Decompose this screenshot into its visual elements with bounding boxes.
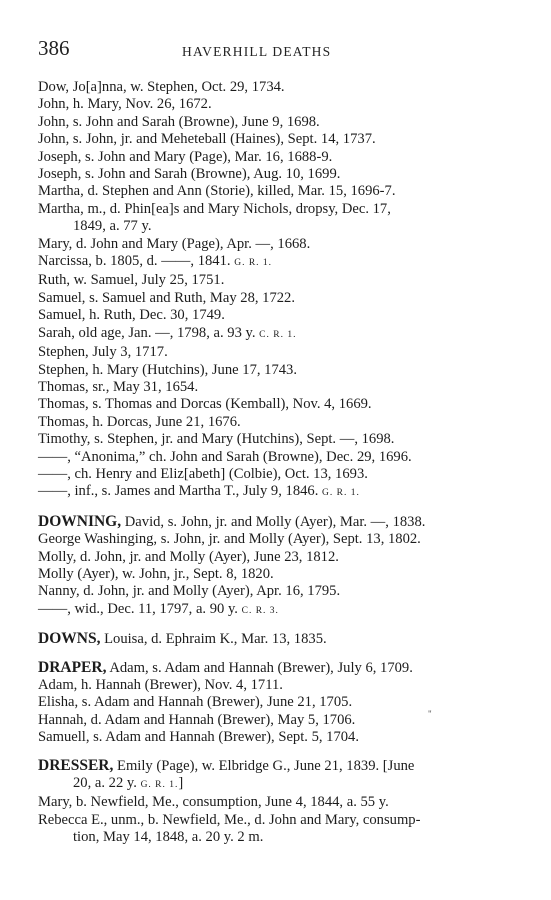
surname-heading: DOWNING, [38, 513, 121, 530]
entry: Thomas, s. Thomas and Dorcas (Kemball), … [38, 396, 518, 413]
entry: Nanny, d. John, jr. and Molly (Ayer), Ap… [38, 583, 518, 600]
entry: Timothy, s. Stephen, jr. and Mary (Hutch… [38, 431, 518, 448]
entry: Samuel, h. Ruth, Dec. 30, 1749. [38, 307, 518, 324]
entry: DOWNING, David, s. John, jr. and Molly (… [38, 513, 518, 531]
entry: Mary, d. John and Mary (Page), Apr. —, 1… [38, 236, 518, 253]
entry: Stephen, July 3, 1717. [38, 344, 518, 361]
entry: Elisha, s. Adam and Hannah (Brewer), Jun… [38, 694, 518, 711]
entry: Hannah, d. Adam and Hannah (Brewer), May… [38, 712, 518, 729]
entry: ——, wid., Dec. 11, 1797, a. 90 y. C. R. … [38, 601, 518, 620]
source-citation: G. R. 1. [322, 488, 360, 498]
entry-continuation: 1849, a. 77 y. [38, 218, 518, 235]
surname-heading: DOWNS, [38, 630, 100, 647]
section-downs: DOWNS, Louisa, d. Ephraim K., Mar. 13, 1… [38, 630, 518, 648]
source-citation: G. R. 1. [234, 258, 272, 268]
source-citation: C. R. 1. [259, 330, 296, 340]
entry: Joseph, s. John and Mary (Page), Mar. 16… [38, 149, 518, 166]
running-head: HAVERHILL DEATHS [182, 44, 331, 60]
entry: Ruth, w. Samuel, July 25, 1751. [38, 272, 518, 289]
entry: John, s. John, jr. and Meheteball (Haine… [38, 131, 518, 148]
entry: Thomas, sr., May 31, 1654. [38, 379, 518, 396]
entry: Narcissa, b. 1805, d. ——, 1841. G. R. 1. [38, 253, 518, 272]
page-number: 386 [38, 36, 70, 61]
stray-print-mark: " [428, 709, 432, 719]
entry-continuation: 20, a. 22 y. G. R. 1.] [38, 775, 518, 794]
entry: Martha, m., d. Phin[ea]s and Mary Nichol… [38, 201, 518, 236]
entry: Molly (Ayer), w. John, jr., Sept. 8, 182… [38, 566, 518, 583]
entry: Adam, h. Hannah (Brewer), Nov. 4, 1711. [38, 677, 518, 694]
section-dow: Dow, Jo[a]nna, w. Stephen, Oct. 29, 1734… [38, 79, 518, 503]
entry: Martha, d. Stephen and Ann (Storie), kil… [38, 183, 518, 200]
entry: John, h. Mary, Nov. 26, 1672. [38, 96, 518, 113]
page-header: 386 HAVERHILL DEATHS [38, 36, 518, 66]
entry: ——, “Anonima,” ch. John and Sarah (Brown… [38, 449, 518, 466]
entry: ——, ch. Henry and Eliz[abeth] (Colbie), … [38, 466, 518, 483]
section-downing: DOWNING, David, s. John, jr. and Molly (… [38, 513, 518, 620]
entry: ——, inf., s. James and Martha T., July 9… [38, 483, 518, 502]
entry: George Washinging, s. John, jr. and Moll… [38, 531, 518, 548]
surname-heading: DRAPER, [38, 659, 106, 676]
entry: Sarah, old age, Jan. —, 1798, a. 93 y. C… [38, 325, 518, 344]
entry: Rebecca E., unm., b. Newfield, Me., d. J… [38, 812, 518, 847]
entry: Dow, Jo[a]nna, w. Stephen, Oct. 29, 1734… [38, 79, 518, 96]
surname-heading: DRESSER, [38, 757, 113, 774]
entry: DRESSER, Emily (Page), w. Elbridge G., J… [38, 757, 518, 795]
entry: Stephen, h. Mary (Hutchins), June 17, 17… [38, 362, 518, 379]
entry: Samuell, s. Adam and Hannah (Brewer), Se… [38, 729, 518, 746]
entry: Joseph, s. John and Sarah (Browne), Aug.… [38, 166, 518, 183]
entry: Mary, b. Newfield, Me., consumption, Jun… [38, 794, 518, 811]
entry: John, s. John and Sarah (Browne), June 9… [38, 114, 518, 131]
entry-continuation: tion, May 14, 1848, a. 20 y. 2 m. [38, 829, 518, 846]
section-draper: DRAPER, Adam, s. Adam and Hannah (Brewer… [38, 659, 518, 747]
source-citation: G. R. 1. [141, 780, 179, 790]
section-dresser: DRESSER, Emily (Page), w. Elbridge G., J… [38, 757, 518, 847]
entry: DOWNS, Louisa, d. Ephraim K., Mar. 13, 1… [38, 630, 518, 648]
entry: Samuel, s. Samuel and Ruth, May 28, 1722… [38, 290, 518, 307]
entry: Molly, d. John, jr. and Molly (Ayer), Ju… [38, 549, 518, 566]
entry: DRAPER, Adam, s. Adam and Hannah (Brewer… [38, 659, 518, 677]
source-citation: C. R. 3. [242, 606, 279, 616]
page-body: Dow, Jo[a]nna, w. Stephen, Oct. 29, 1734… [38, 79, 518, 847]
entry: Thomas, h. Dorcas, June 21, 1676. [38, 414, 518, 431]
